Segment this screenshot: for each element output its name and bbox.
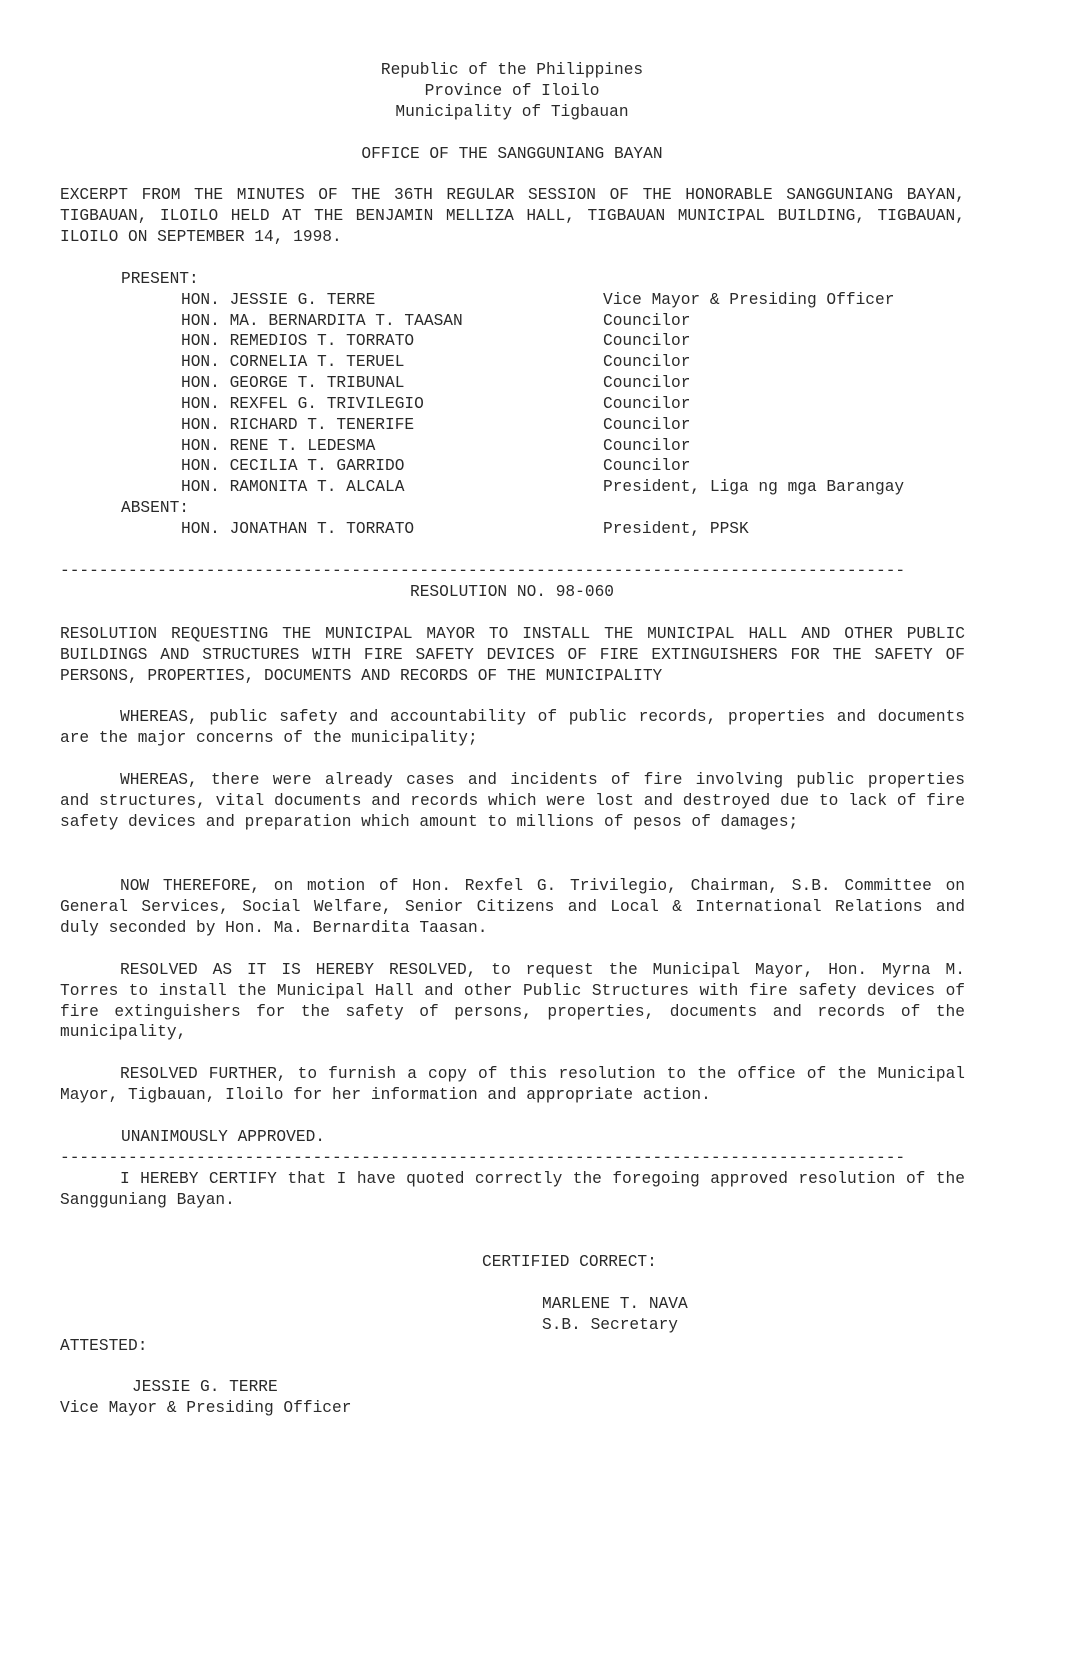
attendee-name: HON. REXFEL G. TRIVILEGIO [181,394,424,415]
excerpt-paragraph: EXCERPT FROM THE MINUTES OF THE 36TH REG… [60,185,965,247]
attendee-row: HON. RENE T. LEDESMACouncilor [0,436,1088,457]
certification-statement: I HEREBY CERTIFY that I have quoted corr… [60,1169,965,1211]
attendee-row: HON. MA. BERNARDITA T. TAASANCouncilor [0,311,1088,332]
attendee-row: HON. RAMONITA T. ALCALAPresident, Liga n… [0,477,1088,498]
divider-line: ----------------------------------------… [60,561,956,582]
absent-label: ABSENT: [121,498,189,519]
attendee-name: HON. RICHARD T. TENERIFE [181,415,414,436]
attester-name: JESSIE G. TERRE [132,1377,278,1398]
attendee-role: Councilor [603,331,690,352]
office-title: OFFICE OF THE SANGGUNIANG BAYAN [0,144,1024,165]
present-label: PRESENT: [121,269,199,290]
whereas-clause-1: WHEREAS, public safety and accountabilit… [60,707,965,749]
attendee-role: Councilor [603,394,690,415]
attendee-role: Councilor [603,456,690,477]
attendee-row: HON. CORNELIA T. TERUELCouncilor [0,352,1088,373]
attendee-row: HON. RICHARD T. TENERIFECouncilor [0,415,1088,436]
attested-label: ATTESTED: [60,1336,147,1357]
certified-correct-label: CERTIFIED CORRECT: [482,1252,657,1273]
absentee-name: HON. JONATHAN T. TORRATO [181,519,414,540]
absentee-row: HON. JONATHAN T. TORRATOPresident, PPSK [0,519,1088,540]
attendee-name: HON. CECILIA T. GARRIDO [181,456,404,477]
attendee-row: HON. REMEDIOS T. TORRATOCouncilor [0,331,1088,352]
resolution-number: RESOLUTION NO. 98-060 [0,582,1024,603]
attendee-name: HON. RENE T. LEDESMA [181,436,375,457]
header-republic: Republic of the Philippines [0,60,1024,81]
attendee-role: Councilor [603,311,690,332]
attendee-row: HON. GEORGE T. TRIBUNALCouncilor [0,373,1088,394]
attendee-name: HON. REMEDIOS T. TORRATO [181,331,414,352]
header-municipality: Municipality of Tigbauan [0,102,1024,123]
now-therefore-clause: NOW THEREFORE, on motion of Hon. Rexfel … [60,876,965,938]
resolution-title: RESOLUTION REQUESTING THE MUNICIPAL MAYO… [60,624,965,686]
attendee-name: HON. GEORGE T. TRIBUNAL [181,373,404,394]
divider-line: ----------------------------------------… [60,1148,956,1169]
attendee-role: Vice Mayor & Presiding Officer [603,290,894,311]
attendee-role: Councilor [603,373,690,394]
attendee-name: HON. RAMONITA T. ALCALA [181,477,404,498]
attendee-row: HON. JESSIE G. TERREVice Mayor & Presidi… [0,290,1088,311]
attendee-role: Councilor [603,352,690,373]
attendee-name: HON. JESSIE G. TERRE [181,290,375,311]
secretary-name: MARLENE T. NAVA [542,1294,688,1315]
secretary-title: S.B. Secretary [542,1315,678,1336]
attester-title: Vice Mayor & Presiding Officer [60,1398,351,1419]
attendee-row: HON. CECILIA T. GARRIDOCouncilor [0,456,1088,477]
resolved-further-clause: RESOLVED FURTHER, to furnish a copy of t… [60,1064,965,1106]
resolved-clause: RESOLVED AS IT IS HEREBY RESOLVED, to re… [60,960,965,1043]
attendee-row: HON. REXFEL G. TRIVILEGIOCouncilor [0,394,1088,415]
attendee-role: Councilor [603,436,690,457]
whereas-clause-2: WHEREAS, there were already cases and in… [60,770,965,832]
absentee-role: President, PPSK [603,519,749,540]
approval-status: UNANIMOUSLY APPROVED. [121,1127,325,1148]
attendee-name: HON. MA. BERNARDITA T. TAASAN [181,311,463,332]
attendee-role: Councilor [603,415,690,436]
header-province: Province of Iloilo [0,81,1024,102]
attendee-role: President, Liga ng mga Barangay [603,477,904,498]
attendee-name: HON. CORNELIA T. TERUEL [181,352,404,373]
